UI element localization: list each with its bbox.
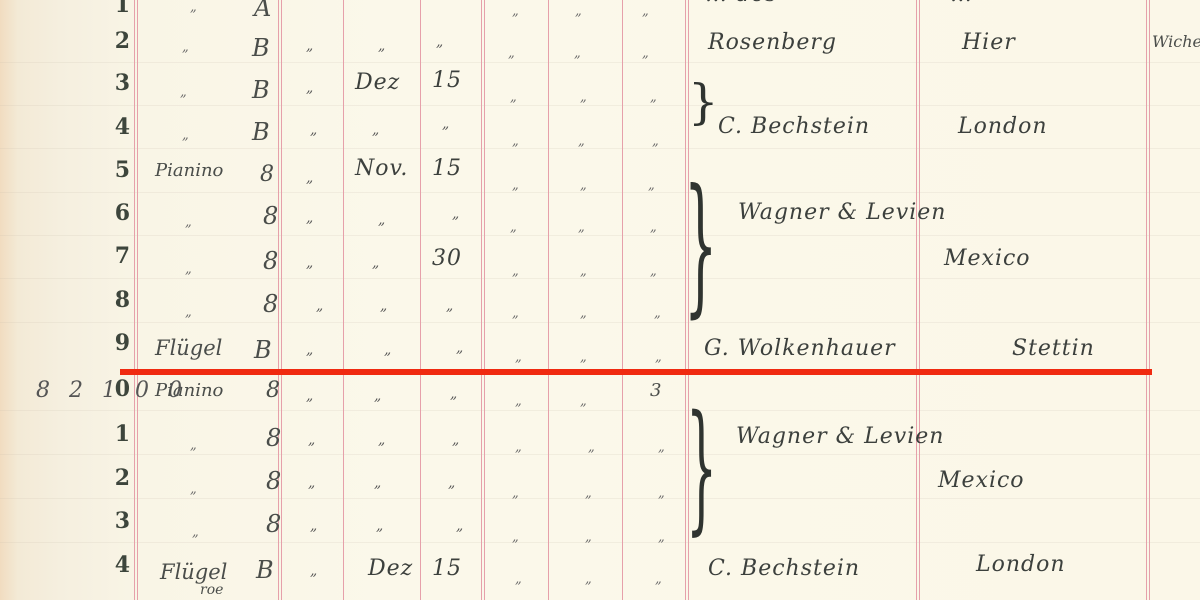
guide-line [0, 148, 1200, 149]
month-cell: „ [378, 38, 385, 54]
size-cell: B [254, 336, 272, 364]
model-sub-note: roe [200, 582, 223, 598]
size-cell: 8 [263, 290, 278, 318]
tick-mark: „ [652, 134, 659, 149]
month-cell: Dez [355, 70, 400, 95]
ditto-mark: „ [308, 475, 315, 491]
tick-mark: „ [655, 350, 662, 365]
tick-mark: „ [650, 264, 657, 279]
city-cell: London [958, 114, 1048, 139]
tick-mark: „ [512, 530, 519, 545]
size-cell: B [256, 556, 274, 584]
row-number: 3 [108, 70, 130, 96]
tick-mark: „ [580, 264, 587, 279]
column-rule [137, 0, 138, 600]
column-rule [622, 0, 623, 600]
tick-mark: „ [648, 178, 655, 193]
tick-mark: „ [512, 4, 519, 19]
city-cell: London [976, 552, 1066, 577]
buyer-cell: Wagner & Levien [736, 424, 944, 449]
day-cell: „ [436, 34, 443, 50]
tick-mark: „ [512, 306, 519, 321]
size-cell: A [254, 0, 271, 22]
month-cell: Dez [368, 556, 413, 581]
size-cell: 8 [266, 424, 281, 452]
ditto-mark: „ [316, 298, 323, 314]
column-rule [919, 0, 920, 600]
brace-icon: } [688, 78, 719, 126]
column-rule [1146, 0, 1147, 600]
tick-mark: „ [654, 306, 661, 321]
row-number: 8 [108, 287, 130, 313]
day-cell: „ [448, 475, 455, 491]
brace-icon: } [684, 170, 717, 320]
size-cell: 8 [263, 202, 278, 230]
day-cell: „ [456, 340, 463, 356]
size-cell: B [252, 34, 270, 62]
ditto-mark: „ [306, 342, 313, 358]
guide-line [0, 498, 1200, 499]
row-number: 1 [108, 421, 130, 447]
tick-mark: „ [575, 4, 582, 19]
buyer-cell: … des [705, 0, 777, 7]
ditto-mark: „ [306, 170, 313, 186]
guide-line [0, 192, 1200, 193]
column-rule [343, 0, 344, 600]
model-cell: „ [185, 305, 192, 320]
tick-mark: „ [580, 306, 587, 321]
ditto-mark: „ [306, 255, 313, 271]
tick-mark: „ [510, 220, 517, 235]
guide-line [0, 322, 1200, 323]
column-rule [420, 0, 421, 600]
tick-mark: „ [655, 572, 662, 587]
buyer-cell: C. Bechstein [718, 114, 870, 139]
buyer-cell: Wagner & Levien [738, 200, 946, 225]
tick-mark: „ [574, 46, 581, 61]
month-cell: „ [374, 388, 381, 404]
day-cell: 30 [432, 246, 462, 271]
row-number: 7 [108, 243, 130, 269]
tick-mark: „ [515, 440, 522, 455]
model-cell: „ [190, 438, 197, 453]
column-rule [481, 0, 482, 600]
model-cell: „ [182, 128, 189, 143]
model-cell: Flügel [160, 560, 227, 584]
model-cell: Pianino [155, 160, 223, 181]
count-cell: 3 [650, 380, 661, 401]
city-cell: … [950, 0, 973, 7]
month-cell: „ [374, 475, 381, 491]
model-cell: Flügel [155, 336, 222, 360]
ditto-mark: „ [306, 388, 313, 404]
month-cell: „ [380, 298, 387, 314]
row-number: 9 [108, 330, 130, 356]
month-cell: „ [372, 122, 379, 138]
column-rule [134, 0, 135, 600]
buyer-cell: G. Wolkenhauer [704, 336, 896, 361]
red-annotation-line [120, 369, 1152, 375]
row-number: 2 [108, 28, 130, 54]
month-cell: „ [378, 432, 385, 448]
month-cell: „ [384, 342, 391, 358]
tick-mark: „ [512, 134, 519, 149]
day-cell: „ [452, 206, 459, 222]
ditto-mark: „ [306, 210, 313, 226]
city-cell: Mexico [938, 468, 1025, 493]
column-rule [916, 0, 917, 600]
column-rule [1149, 0, 1150, 600]
size-cell: B [252, 118, 270, 146]
day-cell: 15 [432, 556, 462, 581]
day-cell: „ [446, 298, 453, 314]
day-cell: 15 [432, 68, 462, 93]
size-cell: 8 [263, 247, 278, 275]
tick-mark: „ [585, 572, 592, 587]
tick-mark: „ [512, 178, 519, 193]
row-number: 1 [108, 0, 130, 18]
guide-line [0, 454, 1200, 455]
size-cell: 8 [266, 378, 280, 403]
tick-mark: „ [510, 90, 517, 105]
guide-line [0, 278, 1200, 279]
tick-mark: „ [642, 4, 649, 19]
model-cell: „ [185, 215, 192, 230]
tick-mark: „ [580, 178, 587, 193]
row-number: 4 [108, 552, 130, 578]
tick-mark: „ [585, 530, 592, 545]
tick-mark: „ [658, 486, 665, 501]
tick-mark: „ [658, 440, 665, 455]
tick-mark: „ [642, 46, 649, 61]
city-cell: Stettin [1012, 336, 1095, 361]
tick-mark: „ [578, 134, 585, 149]
row-number: 2 [108, 465, 130, 491]
tick-mark: „ [658, 530, 665, 545]
day-cell: 15 [432, 156, 462, 181]
day-cell: „ [442, 116, 449, 132]
row-number: 6 [108, 200, 130, 226]
city-cell: Hier [962, 30, 1016, 55]
ditto-mark: „ [308, 432, 315, 448]
tick-mark: „ [580, 90, 587, 105]
tick-mark: „ [515, 394, 522, 409]
day-cell: „ [452, 432, 459, 448]
ditto-mark: „ [310, 563, 317, 579]
model-cell: „ [185, 262, 192, 277]
tick-mark: „ [515, 350, 522, 365]
column-rule [484, 0, 485, 600]
tick-mark: „ [650, 220, 657, 235]
row-number: 4 [108, 114, 130, 140]
tick-mark: „ [585, 486, 592, 501]
tick-mark: „ [508, 46, 515, 61]
guide-line [0, 235, 1200, 236]
model-cell: „ [180, 85, 187, 100]
tick-mark: „ [588, 440, 595, 455]
tick-mark: „ [580, 350, 587, 365]
size-cell: 8 [266, 510, 281, 538]
tick-mark: „ [515, 572, 522, 587]
guide-line [0, 105, 1200, 106]
day-cell: „ [456, 518, 463, 534]
model-cell: Pianino [155, 380, 223, 401]
month-cell: „ [376, 518, 383, 534]
tick-mark: „ [578, 220, 585, 235]
model-cell: „ [182, 40, 189, 55]
month-cell: Nov. [355, 156, 408, 181]
ditto-mark: „ [310, 518, 317, 534]
buyer-cell: Rosenberg [708, 30, 837, 55]
model-cell: „ [190, 0, 197, 15]
brace-icon: } [686, 398, 717, 538]
size-cell: 8 [260, 162, 274, 187]
row-number: 5 [108, 157, 130, 183]
row-number: 3 [108, 508, 130, 534]
tick-mark: „ [650, 90, 657, 105]
guide-line [0, 542, 1200, 543]
guide-line [0, 62, 1200, 63]
ditto-mark: „ [306, 80, 313, 96]
column-rule [548, 0, 549, 600]
ledger-page: 1 2 3 4 5 6 7 8 9 0 1 2 3 4 8 2 1 0 0 „ … [0, 0, 1200, 600]
size-cell: 8 [266, 467, 281, 495]
model-cell: „ [192, 525, 199, 540]
ditto-mark: „ [306, 38, 313, 54]
city-cell: Mexico [944, 246, 1031, 271]
remark-cell: Wiche [1152, 32, 1200, 51]
month-cell: „ [378, 212, 385, 228]
month-cell: „ [372, 255, 379, 271]
day-cell: „ [450, 386, 457, 402]
tick-mark: „ [512, 264, 519, 279]
size-cell: B [252, 76, 270, 104]
buyer-cell: C. Bechstein [708, 556, 860, 581]
tick-mark: „ [512, 486, 519, 501]
model-cell: „ [190, 482, 197, 497]
tick-mark: „ [580, 394, 587, 409]
guide-line [0, 410, 1200, 411]
ditto-mark: „ [310, 122, 317, 138]
